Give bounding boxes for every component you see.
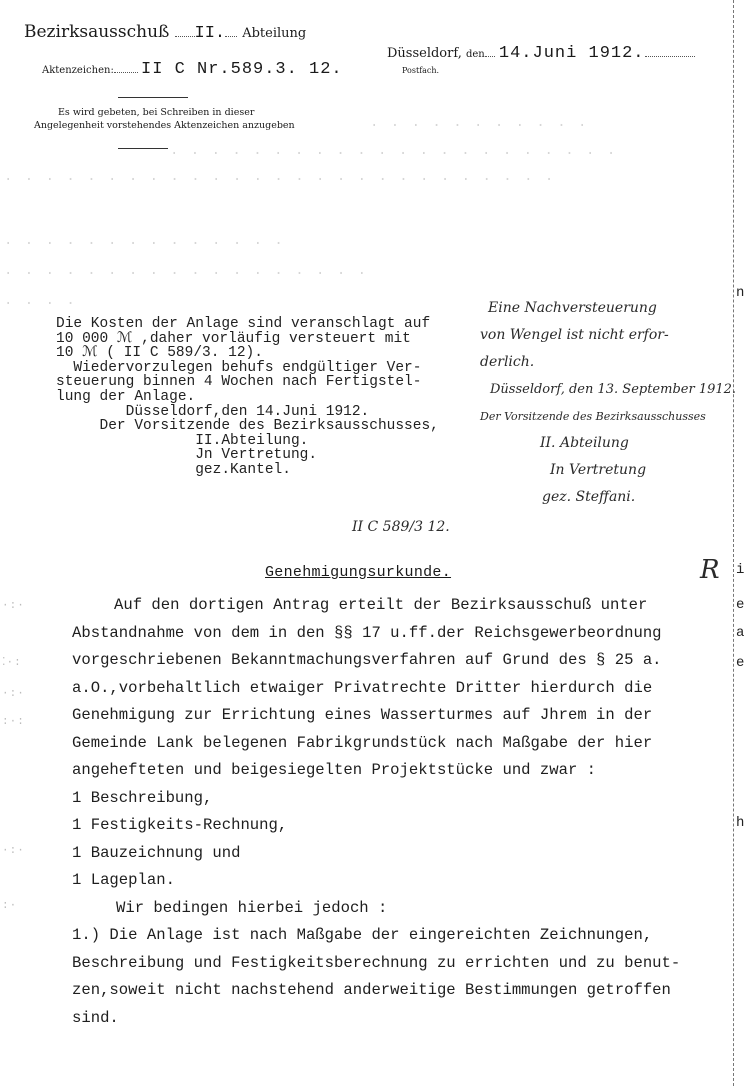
- condition-line: Beschreibung und Festigkeitsberechnung z…: [72, 950, 680, 978]
- stamp-line: Wiedervorzulegen behufs endgültiger Ver-: [56, 361, 439, 376]
- reference-line: Aktenzeichen: II C Nr.589.3. 12.: [42, 60, 343, 79]
- body-line: Auf den dortigen Antrag erteilt der Bezi…: [72, 592, 680, 620]
- hand-line: derlich.: [480, 349, 736, 376]
- handwritten-file-reference: II C 589/3 12.: [352, 519, 450, 535]
- attachment-item: 1 Lageplan.: [72, 867, 680, 895]
- hand-line: II. Abteilung: [480, 430, 736, 457]
- certificate-body: Auf den dortigen Antrag erteilt der Bezi…: [72, 592, 680, 1032]
- body-line: Genehmigung zur Errichtung eines Wassert…: [72, 702, 680, 730]
- stamp-line: II.Abteilung.: [56, 434, 439, 449]
- margin-letter: i: [736, 562, 744, 578]
- bleed-through-text: · · · · · · · · · · · · · · · · · · · · …: [170, 146, 617, 162]
- division-label: Abteilung: [242, 26, 306, 41]
- divider: [118, 148, 168, 149]
- stamp-line: gez.Kantel.: [56, 463, 439, 478]
- stamp-line: lung der Anlage.: [56, 390, 439, 405]
- attachment-item: 1 Bauzeichnung und: [72, 840, 680, 868]
- bleed-through-text: · · · · · · · · · · ·: [370, 118, 588, 134]
- body-line: Abstandnahme von dem in den §§ 17 u.ff.d…: [72, 620, 680, 648]
- dotted-fill: [485, 56, 495, 57]
- margin-letter: e: [736, 655, 744, 671]
- edge-speckle: :·:: [2, 716, 25, 728]
- place-date-line: Düsseldorf, den 14.Juni 1912.: [387, 44, 695, 63]
- edge-speckle: ·:·: [2, 845, 25, 857]
- authority-heading: Bezirksausschuß II. Abteilung: [24, 22, 306, 43]
- edge-speckle: :·: [2, 900, 17, 912]
- date-prefix: den: [466, 49, 485, 60]
- margin-letter: a: [736, 625, 744, 641]
- stamp-line: Düsseldorf,den 14.Juni 1912.: [56, 405, 439, 420]
- edge-speckle: ⁚·:: [2, 655, 22, 669]
- dotted-fill: [225, 36, 237, 37]
- stamp-line: steuerung binnen 4 Wochen nach Fertigste…: [56, 375, 439, 390]
- notice-line-2: Angelegenheit vorstehendes Aktenzeichen …: [26, 119, 295, 132]
- reference-notice: Es wird gebeten, bei Schreiben in dieser…: [26, 106, 295, 132]
- conditions-intro: Wir bedingen hierbei jedoch :: [72, 895, 680, 923]
- hand-line: Düsseldorf, den 13. September 1912.: [480, 376, 736, 403]
- body-line: Gemeinde Lank belegenen Fabrikgrundstück…: [72, 730, 680, 758]
- margin-letter: e: [736, 597, 744, 613]
- dotted-fill: [645, 56, 695, 57]
- handwritten-note: Eine Nachversteuerung von Wengel ist nic…: [480, 295, 736, 511]
- authority-label: Bezirksausschuß: [24, 22, 169, 42]
- stamp-line: Der Vorsitzende des Bezirksausschusses,: [56, 419, 439, 434]
- place-label: Düsseldorf,: [387, 46, 462, 61]
- dotted-fill: [114, 72, 138, 73]
- notice-line-1: Es wird gebeten, bei Schreiben in dieser: [26, 106, 295, 119]
- condition-line: sind.: [72, 1005, 680, 1033]
- bleed-through-text: · · · · · · · · · · · · · · · · · ·: [4, 266, 368, 282]
- stamp-line: 10 000 ℳ ,daher vorläufig versteuert mit: [56, 332, 439, 347]
- postfach-label: Postfach.: [402, 66, 439, 75]
- body-line: angehefteten und beigesiegelten Projekts…: [72, 757, 680, 785]
- stamp-line: 10 ℳ ( II C 589/3. 12).: [56, 346, 439, 361]
- hand-line: In Vertretung: [480, 457, 736, 484]
- divider: [118, 97, 188, 98]
- edge-speckle: ·:·: [2, 600, 25, 612]
- reference-value: II C Nr.589.3. 12.: [141, 60, 343, 79]
- hand-line: von Wengel ist nicht erfor-: [480, 322, 736, 349]
- bleed-through-text: · · · ·: [4, 296, 77, 312]
- date-value: 14.Juni 1912.: [499, 44, 645, 63]
- edge-speckle: ·:·: [2, 688, 25, 700]
- attachment-item: 1 Festigkeits-Rechnung,: [72, 812, 680, 840]
- reference-label: Aktenzeichen:: [42, 65, 114, 76]
- bleed-through-text: · · · · · · · · · · · · · ·: [4, 236, 285, 252]
- tax-stamp-note: Die Kosten der Anlage sind veranschlagt …: [56, 317, 439, 478]
- margin-mark: R: [700, 555, 720, 585]
- hand-line: Der Vorsitzende des Bezirksausschusses: [480, 403, 736, 430]
- body-line: a.O.,vorbehaltlich etwaiger Privatrechte…: [72, 675, 680, 703]
- margin-letter: h: [736, 815, 744, 831]
- dotted-fill: [175, 36, 195, 37]
- attachment-item: 1 Beschreibung,: [72, 785, 680, 813]
- page-edge-line: [733, 0, 735, 1086]
- stamp-line: Jn Vertretung.: [56, 448, 439, 463]
- hand-line: gez. Steffani.: [480, 484, 736, 511]
- stamp-line: Die Kosten der Anlage sind veranschlagt …: [56, 317, 439, 332]
- hand-line: Eine Nachversteuerung: [480, 295, 736, 322]
- bleed-through-text: · · · · · · · · · · · · · · · · · · · · …: [4, 172, 555, 188]
- margin-letter: n: [736, 285, 744, 301]
- division-number: II.: [195, 24, 226, 43]
- document-title: Genehmigungsurkunde.: [265, 564, 451, 581]
- condition-line: zen,soweit nicht nachstehend anderweitig…: [72, 977, 680, 1005]
- body-line: vorgeschriebenen Bekanntmachungsverfahre…: [72, 647, 680, 675]
- condition-line: 1.) Die Anlage ist nach Maßgabe der eing…: [72, 922, 680, 950]
